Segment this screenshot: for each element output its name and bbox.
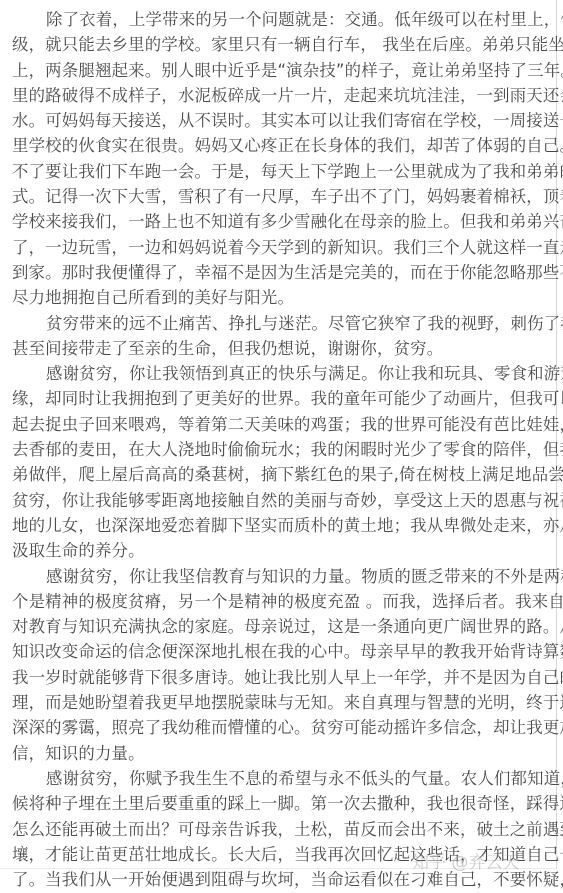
text-line: 我一岁时就能够背下很多唐诗。她让我比别人早上一年学，并不是因为自己的攀比心: [12, 665, 522, 690]
text-line: 尽力地拥抱自己所看到的美好与阳光。: [12, 285, 522, 310]
text-line: 候将种子埋在土里后要重重的踩上一脚。第一次去撒种，我也很奇怪，踩得这么实，苗: [12, 791, 522, 816]
paragraph-first-line: 除了衣着，上学带来的另一个问题就是：交通。低年级可以在村里上，但升到三年: [12, 7, 522, 32]
text-line: 去香郁的麦田，在大人浇地时偷偷玩水；我的闲暇时光少了零食的陪伴，但我可以和弟: [12, 437, 522, 462]
text-line: 级，就只能去乡里的学校。家里只有一辆自行车， 我坐在后座。弟弟只能坐前面的梁: [12, 32, 522, 57]
paragraph-first-line: 感谢贫穷，你让我坚信教育与知识的力量。物质的匮乏带来的不外是两种结果：一: [12, 564, 522, 589]
paragraph-first-line: 感谢贫穷，你赋予我生生不息的希望与永不低头的气量。农人们都知道，播种的时: [12, 766, 522, 791]
paragraph-first-line: 贫穷带来的远不止痛苦、挣扎与迷茫。尽管它狭窄了我的视野，刺伤了我的自尊，: [12, 311, 522, 336]
text-line: 弟做伴，爬上屋后高高的桑葚树，摘下紫红色的果子,倚在树枝上满足地品尝。谢谢你，: [12, 462, 522, 487]
text-line: 汲取生命的养分。: [12, 538, 522, 563]
text-line: 怎么还能再破土而出？可母亲告诉我，土松，苗反而会出不来，破土之前遇到坚实的土: [12, 817, 522, 842]
text-line: 知识改变命运的信念便深深地扎根在我的心中。母亲早早的教我开始背诗算数， 以至于: [12, 639, 522, 664]
text-line: 缘，却同时让我拥抱到了更美好的世界。我的童年可能少了动画片，但我可以和妈妈一: [12, 386, 522, 411]
text-line: 对教育与知识充满执念的家庭。母亲说过，这是一条通向更广阔世界的路。从那时起，: [12, 614, 522, 639]
text-line: 信，知识的力量。: [12, 741, 522, 766]
article-body: 除了衣着，上学带来的另一个问题就是：交通。低年级可以在村里上，但升到三年级，就只…: [12, 7, 522, 892]
text-line: 到家。那时我便懂得了，幸福不是因为生活是完美的，而在于你能忽略那些不完美，并: [12, 260, 522, 285]
article-page: 除了衣着，上学带来的另一个问题就是：交通。低年级可以在村里上，但升到三年级，就只…: [0, 0, 557, 869]
text-line: 不了要让我们下车跑一会。于是，每天上下学跑上一公里就成为了我和弟弟的锻炼方: [12, 159, 522, 184]
text-line: 甚至间接带走了至亲的生命，但我仍想说，谢谢你，贫穷。: [12, 336, 522, 361]
watermark: 知乎 @弃云天: [412, 848, 519, 873]
text-line: 起去捉虫子回来喂鸡，等着第二天美味的鸡蛋；我的世界可能没有芭比娃娃，但我可以: [12, 412, 522, 437]
text-line: 贫穷，你让我能够零距离地接触自然的美丽与奇妙，享受这上天的恩惠与祝福。我是土: [12, 488, 522, 513]
text-line: 式。记得一次下大雪，雪积了有一尺厚，车子出不了门，妈妈裹着棉袄，顶着风，走到: [12, 184, 522, 209]
text-line: 个是精神的极度贫瘠，另一个是精神的极度充盈 。而我，选择后者。我来自一个普通但: [12, 589, 522, 614]
paragraph-first-line: 感谢贫穷，你让我领悟到真正的快乐与满足。你让我和玩具、零食和游戏彻底绝: [12, 361, 522, 386]
text-line: 学校来接我们，一路上也不知道有多少雪融化在母亲的脸上。但我和弟弟兴奋的不得: [12, 209, 522, 234]
text-line: 理，而是她盼望着我更早地摆脱蒙昧与无知。来自真理与智慧的光明，终于透过心灵中: [12, 690, 522, 715]
text-line: 上，两条腿翘起来。别人眼中近乎是“演杂技”的样子，竟让弟弟坚持了三年。当时到乡: [12, 58, 522, 83]
text-line: 深深的雾霭，照亮了我幼稚而懵懂的心。贫穷可能动摇许多信念，却让我更加执着的相: [12, 715, 522, 740]
text-line: 里学校的伙食实在很贵。妈妈又心疼正在长身体的我们，却苦了体弱的自己。有时候免: [12, 133, 522, 158]
text-line: 水。可妈妈每天接送，从不误时。其实本可以让我们寄宿在学校，一周接送一次，但乡: [12, 108, 522, 133]
text-line: 里的路破得不成样子，水泥板碎成一片一片，走起来坑坑洼洼，一到雨天还会积很多: [12, 83, 522, 108]
text-line: 了，一边玩雪，一边和妈妈说着今天学到的新知识。我们三个人就这样一直走到天黑才: [12, 235, 522, 260]
text-line: 地的儿女，也深深地爱恋着脚下坚实而质朴的黄土地；我从卑微处走来，亦从卑微之处: [12, 513, 522, 538]
